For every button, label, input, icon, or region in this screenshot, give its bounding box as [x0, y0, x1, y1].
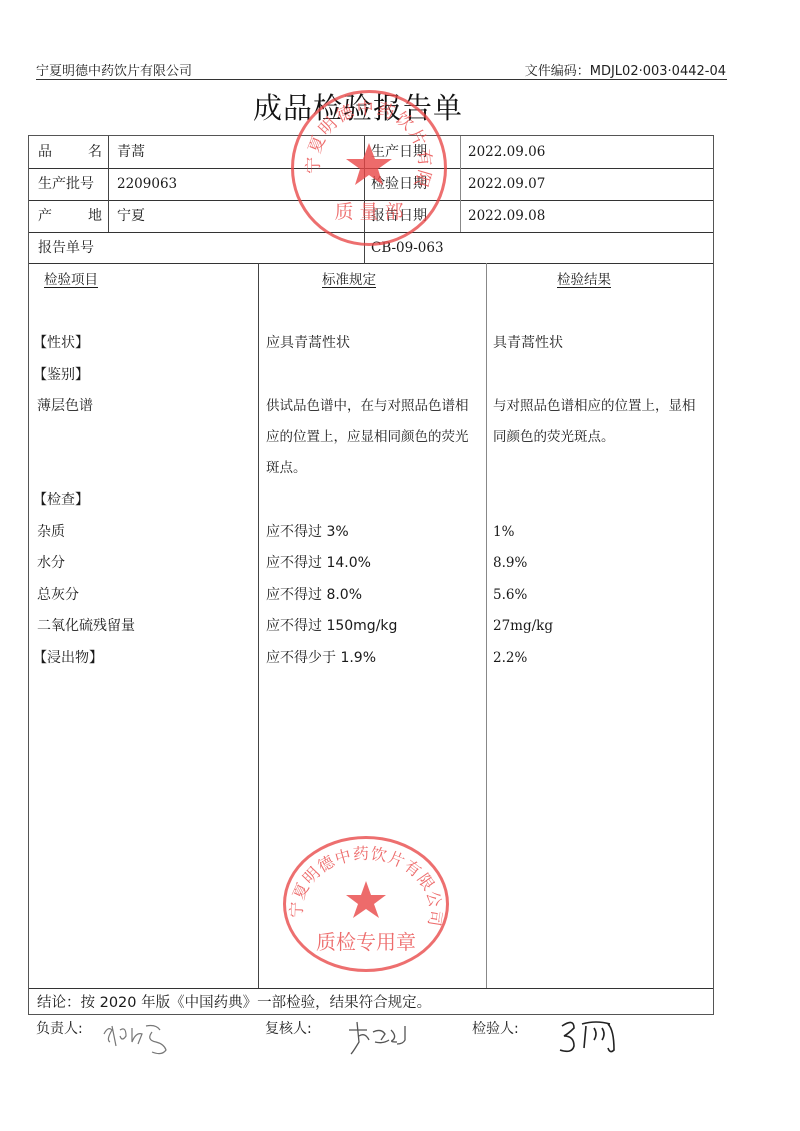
- standard-so2-residue: 应不得过 150mg/kg: [266, 616, 397, 636]
- item-impurity: 杂质: [37, 522, 65, 542]
- label-char: 产: [38, 206, 52, 226]
- row-divider: [29, 988, 713, 989]
- result-tlc: 与对照品色谱相应的位置上，显相同颜色的荧光斑点。: [493, 391, 707, 453]
- col-divider: [258, 263, 259, 988]
- company-name: 宁夏明德中药饮片有限公司: [36, 60, 192, 79]
- result-appearance: 具青蒿性状: [493, 333, 563, 353]
- reviewer-label: 复核人:: [265, 1018, 312, 1038]
- report-no: CB-09-063: [371, 238, 444, 258]
- responsible-signature: [98, 1016, 188, 1056]
- row-divider: [29, 263, 713, 264]
- report-date: 2022.09.08: [468, 206, 545, 226]
- item-inspection: 【检查】: [33, 490, 89, 510]
- inspection-date-label: 检验日期: [371, 174, 427, 194]
- item-identification: 【鉴别】: [33, 365, 89, 385]
- inspection-date: 2022.09.07: [468, 174, 545, 194]
- label-char: 品: [38, 142, 52, 162]
- item-moisture: 水分: [37, 553, 65, 573]
- header-divider: [36, 79, 727, 80]
- result-moisture: 8.9%: [493, 553, 527, 573]
- production-date-label: 生产日期: [371, 142, 427, 162]
- row-divider: [29, 200, 713, 201]
- product-name: 青蒿: [117, 142, 145, 162]
- reviewer-signature: [345, 1018, 425, 1058]
- report-date-label: 报告日期: [371, 206, 427, 226]
- result-impurity: 1%: [493, 522, 514, 542]
- batch-label: 生产批号: [38, 174, 94, 194]
- product-name-label: 品 名: [38, 142, 102, 162]
- inspector-label: 检验人:: [472, 1018, 519, 1038]
- standard-tlc: 供试品色谱中，在与对照品色谱相应的位置上，应显相同颜色的荧光斑点。: [266, 391, 480, 484]
- standard-moisture: 应不得过 14.0%: [266, 553, 371, 573]
- standard-extractives: 应不得少于 1.9%: [266, 648, 376, 668]
- file-code: 文件编码：MDJL02·003·0442-04: [525, 60, 726, 79]
- result-so2-residue: 27mg/kg: [493, 616, 553, 636]
- responsible-label: 负责人:: [36, 1018, 83, 1038]
- item-extractives: 【浸出物】: [33, 648, 103, 668]
- conclusion: 结论：按 2020 年版《中国药典》一部检验，结果符合规定。: [37, 993, 431, 1013]
- origin-label: 产 地: [38, 206, 102, 226]
- production-date: 2022.09.06: [468, 142, 545, 162]
- row-divider: [29, 232, 713, 233]
- item-appearance: 【性状】: [33, 333, 89, 353]
- standard-impurity: 应不得过 3%: [266, 522, 349, 542]
- result-extractives: 2.2%: [493, 648, 527, 668]
- standard-total-ash: 应不得过 8.0%: [266, 585, 362, 605]
- item-tlc: 薄层色谱: [37, 396, 93, 416]
- inspector-signature: [558, 1016, 638, 1060]
- col-divider: [108, 136, 109, 232]
- result-total-ash: 5.6%: [493, 585, 527, 605]
- label-char: 名: [88, 142, 102, 162]
- col-header-standard: 标准规定: [322, 270, 376, 290]
- col-header-result: 检验结果: [557, 270, 611, 290]
- report-no-label: 报告单号: [38, 238, 94, 258]
- item-so2-residue: 二氧化硫残留量: [37, 616, 135, 636]
- item-total-ash: 总灰分: [37, 585, 79, 605]
- page-title: 成品检验报告单: [0, 86, 716, 127]
- report-table: 品 名 青蒿 生产日期 2022.09.06 生产批号 2209063 检验日期…: [28, 135, 714, 1015]
- col-header-item: 检验项目: [44, 270, 98, 290]
- standard-appearance: 应具青蒿性状: [266, 333, 350, 353]
- label-char: 地: [88, 206, 102, 226]
- col-divider: [364, 136, 365, 264]
- col-divider: [486, 263, 487, 988]
- col-divider: [460, 136, 461, 232]
- row-divider: [29, 168, 713, 169]
- origin: 宁夏: [117, 206, 145, 226]
- batch-number: 2209063: [117, 174, 177, 194]
